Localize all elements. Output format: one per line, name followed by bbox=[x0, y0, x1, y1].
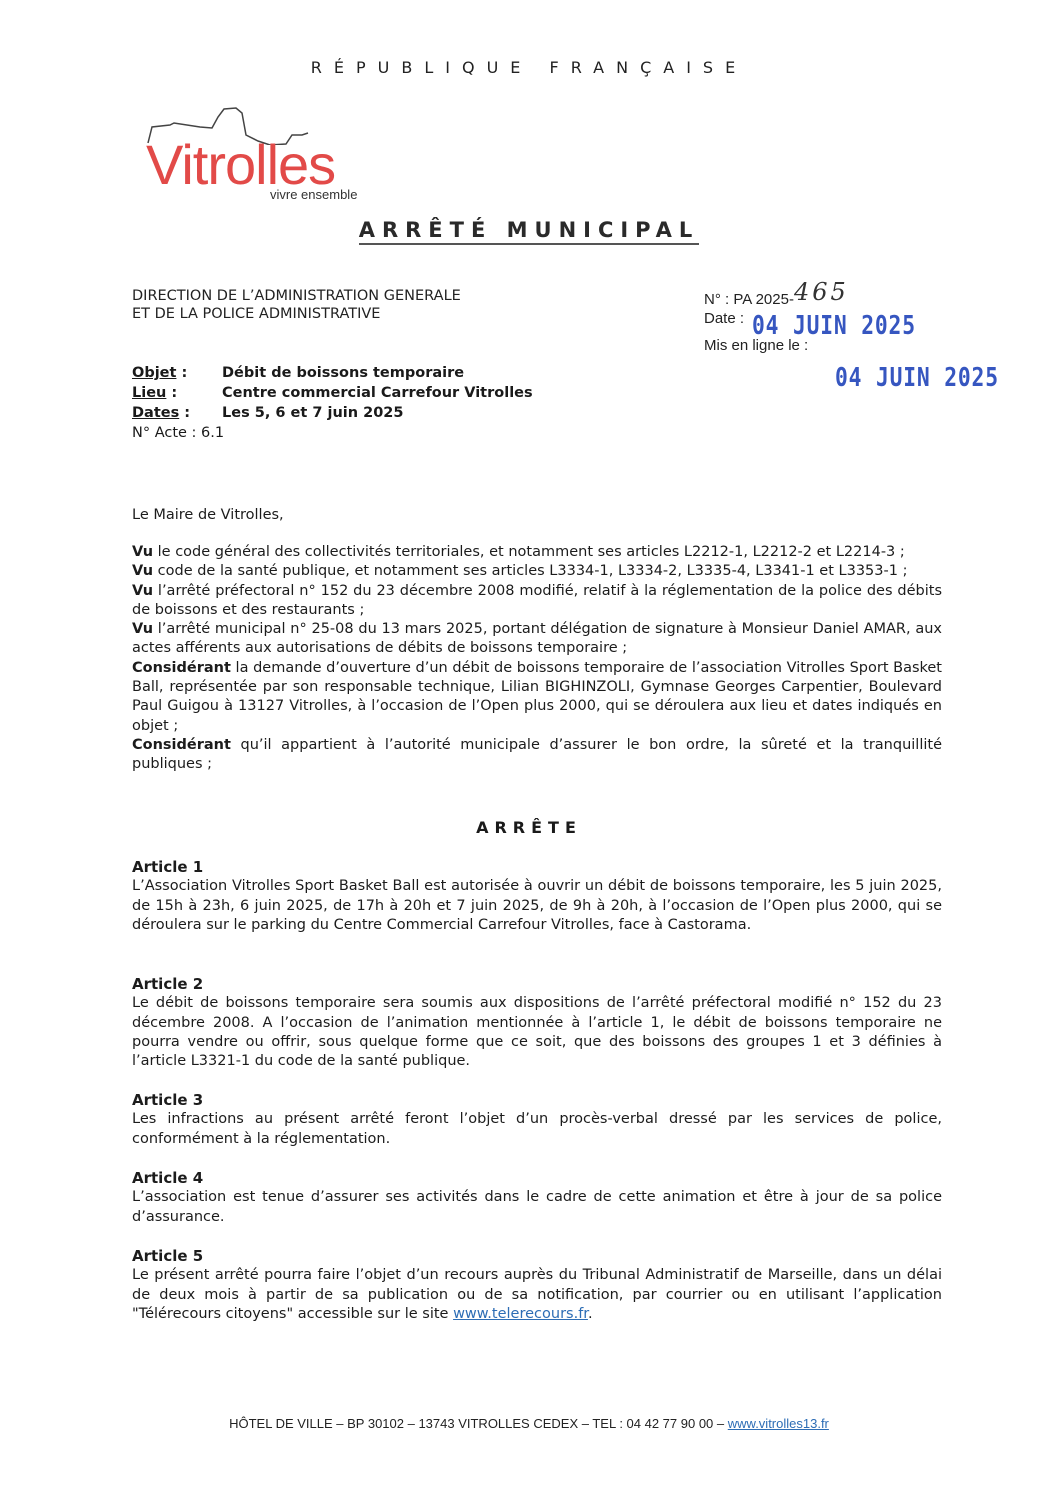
subject-lieu: Centre commercial Carrefour Vitrolles bbox=[222, 383, 533, 403]
logo-tagline: vivre ensemble bbox=[270, 187, 357, 202]
subject-block: Objet :Débit de boissons temporaire Lieu… bbox=[132, 363, 533, 443]
republique-francaise-header: RÉPUBLIQUE FRANÇAISE bbox=[0, 58, 1058, 77]
act-number: N° : PA 2025-465 bbox=[704, 287, 849, 309]
handwritten-number: 465 bbox=[794, 278, 849, 306]
arrete-heading: ARRÊTE bbox=[0, 818, 1058, 837]
preamble-item: Considérant la demande d’ouverture d’un … bbox=[132, 659, 942, 736]
article-4: Article 4L’association est tenue d’assur… bbox=[132, 1169, 942, 1227]
article-1: Article 1L’Association Vitrolles Sport B… bbox=[132, 858, 942, 935]
article-5: Article 5 Le présent arrêté pourra faire… bbox=[132, 1247, 942, 1324]
online-date-stamp: 04 JUIN 2025 bbox=[835, 363, 999, 393]
preamble-item: Vu l’arrêté municipal n° 25-08 du 13 mar… bbox=[132, 620, 942, 659]
issuing-direction: DIRECTION DE L’ADMINISTRATION GENERALE E… bbox=[132, 287, 461, 323]
vitrolles-website-link[interactable]: www.vitrolles13.fr bbox=[728, 1416, 829, 1431]
document-title: ARRÊTÉ MUNICIPAL bbox=[0, 218, 1058, 242]
maire-line: Le Maire de Vitrolles, bbox=[132, 506, 942, 525]
preamble-item: Vu le code général des collectivités ter… bbox=[132, 543, 942, 562]
date-stamp: 04 JUIN 2025 bbox=[752, 311, 916, 341]
logo-wordmark: Vitrolles bbox=[146, 137, 335, 193]
subject-objet: Débit de boissons temporaire bbox=[222, 363, 464, 383]
subject-dates: Les 5, 6 et 7 juin 2025 bbox=[222, 403, 403, 423]
article-3: Article 3Les infractions au présent arrê… bbox=[132, 1091, 942, 1149]
preamble-list: Vu le code général des collectivités ter… bbox=[132, 543, 942, 775]
preamble-item: Vu l’arrêté préfectoral n° 152 du 23 déc… bbox=[132, 582, 942, 621]
preamble-item: Vu code de la santé publique, et notamme… bbox=[132, 562, 942, 581]
article-2: Article 2Le débit de boissons temporaire… bbox=[132, 975, 942, 1071]
telerecours-link[interactable]: www.telerecours.fr bbox=[453, 1306, 588, 1322]
footer: HÔTEL DE VILLE – BP 30102 – 13743 VITROL… bbox=[0, 1416, 1058, 1431]
vitrolles-logo: Vitrolles vivre ensemble bbox=[140, 105, 410, 205]
acte-number: N° Acte : 6.1 bbox=[132, 423, 533, 443]
preamble-item: Considérant qu’il appartient à l’autorit… bbox=[132, 736, 942, 775]
